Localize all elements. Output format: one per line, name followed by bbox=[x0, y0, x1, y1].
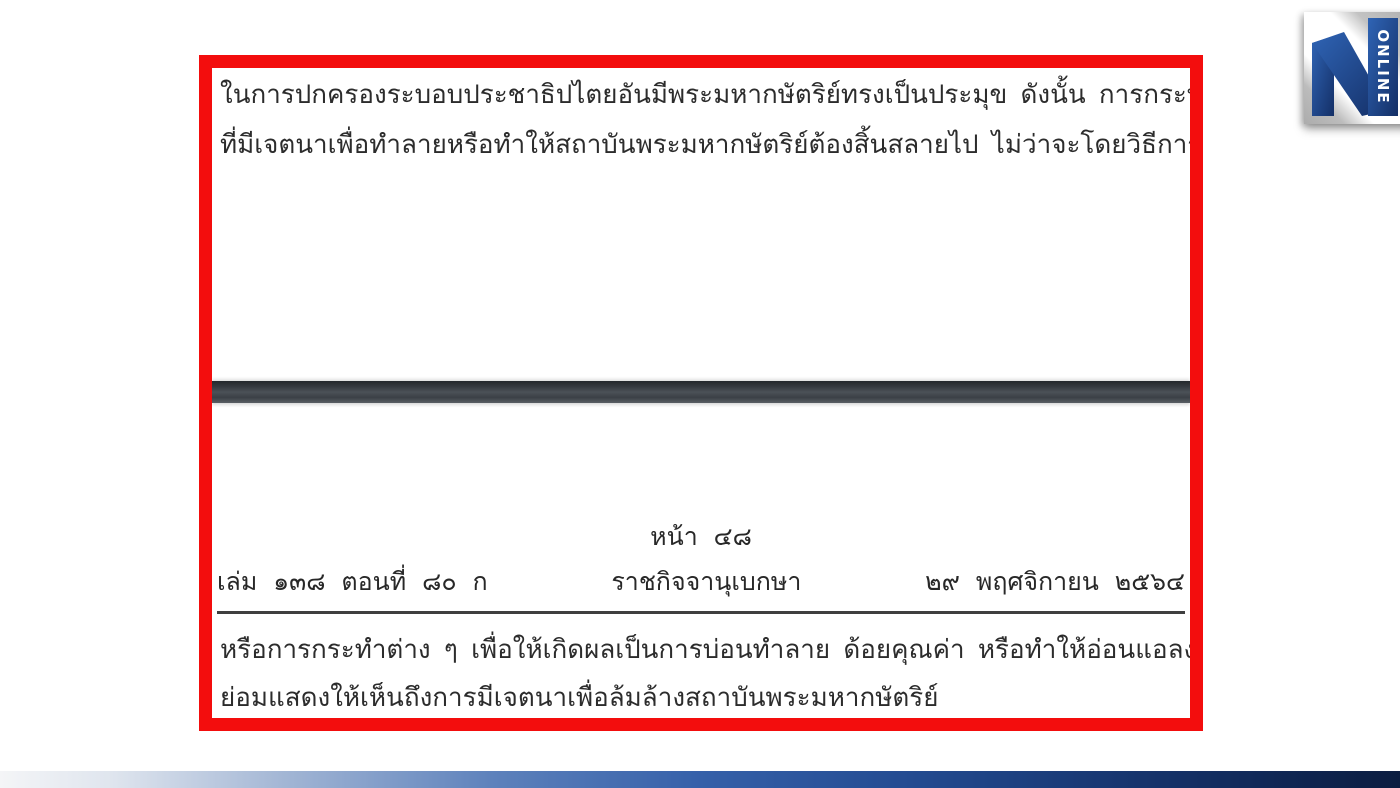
gazette-volume-label: เล่ม ๑๓๘ ตอนที่ ๘๐ ก bbox=[217, 562, 488, 602]
nation-online-logo: ONLINE bbox=[1304, 12, 1400, 124]
online-wordmark: ONLINE bbox=[1374, 29, 1392, 104]
paragraph-line: หรือการกระทำต่าง ๆ เพื่อให้เกิดผลเป็นการ… bbox=[220, 626, 1184, 674]
gazette-header-rule bbox=[217, 611, 1185, 614]
paragraph-line: ในการปกครองระบอบประชาธิปไตยอันมีพระมหากษ… bbox=[220, 70, 1184, 120]
gazette-header: หน้า ๔๘ เล่ม ๑๓๘ ตอนที่ ๘๐ ก ราชกิจจานุเ… bbox=[217, 517, 1185, 614]
page-break-divider bbox=[212, 381, 1190, 403]
paragraph-line: ที่มีเจตนาเพื่อทำลายหรือทำให้สถาบันพระมห… bbox=[220, 120, 1184, 170]
gazette-date-label: ๒๙ พฤศจิกายน ๒๕๖๔ bbox=[925, 562, 1185, 602]
n-letter-icon: ONLINE bbox=[1304, 12, 1400, 124]
gazette-title: ราชกิจจานุเบกษา bbox=[611, 562, 801, 602]
document-bottom-paragraph: หรือการกระทำต่าง ๆ เพื่อให้เกิดผลเป็นการ… bbox=[220, 626, 1184, 722]
footer-gradient-bar bbox=[0, 771, 1400, 788]
document-top-paragraph: ในการปกครองระบอบประชาธิปไตยอันมีพระมหากษ… bbox=[220, 70, 1184, 170]
document-frame: ในการปกครองระบอบประชาธิปไตยอันมีพระมหากษ… bbox=[199, 55, 1203, 731]
gazette-page-number: หน้า ๔๘ bbox=[217, 517, 1185, 557]
gazette-info-row: เล่ม ๑๓๘ ตอนที่ ๘๐ ก ราชกิจจานุเบกษา ๒๙ … bbox=[217, 562, 1185, 602]
paragraph-line: ย่อมแสดงให้เห็นถึงการมีเจตนาเพื่อล้มล้าง… bbox=[220, 674, 1184, 722]
